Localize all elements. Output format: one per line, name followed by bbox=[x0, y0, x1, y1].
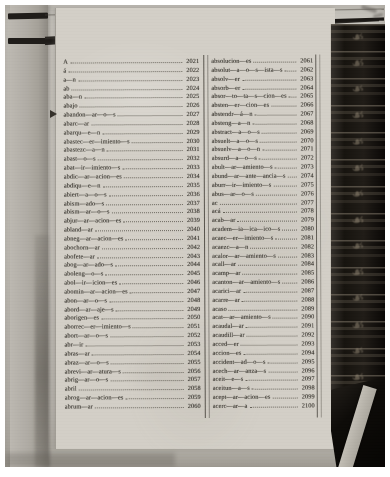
entry-number: 2031 bbox=[185, 146, 200, 153]
entry-word: abraz—ar—o—s bbox=[65, 359, 109, 366]
dot-leader bbox=[95, 230, 183, 231]
index-entry-row: ac 2077 bbox=[212, 199, 314, 208]
entry-word: absorb—er bbox=[211, 84, 240, 91]
dot-leader bbox=[102, 248, 183, 249]
entry-number: 2025 bbox=[184, 93, 199, 100]
dot-leader bbox=[102, 133, 182, 134]
dot-leader bbox=[242, 79, 296, 80]
entry-number: 2078 bbox=[299, 208, 314, 215]
dot-leader bbox=[115, 265, 183, 266]
entry-word: abund—ar—ante—ancia—s bbox=[212, 173, 286, 180]
index-column-left: A 2021 á 2022 a—n 2023 bbox=[63, 58, 201, 412]
entry-word: absuelv—a—o—n bbox=[212, 146, 261, 153]
entry-number: 2044 bbox=[185, 261, 200, 268]
dot-leader bbox=[262, 132, 297, 133]
dot-leader bbox=[243, 291, 297, 292]
entry-number: 2024 bbox=[184, 85, 199, 92]
entry-number: 2029 bbox=[185, 129, 200, 136]
clamp-bar-lower bbox=[8, 38, 62, 44]
post-shadow-smudge bbox=[35, 235, 49, 467]
entry-number: 2039 bbox=[185, 217, 200, 224]
index-entry-row: acaec—er—imiento—s 2081 bbox=[212, 234, 314, 243]
index-entry-row: absolut—a—o—s—ista—s 2062 bbox=[211, 66, 313, 75]
entry-number: 2067 bbox=[298, 111, 313, 118]
dot-leader bbox=[255, 115, 297, 116]
entry-number: 2068 bbox=[299, 119, 314, 126]
dot-leader bbox=[97, 257, 183, 258]
index-entry-row: acarre—ar 2088 bbox=[212, 296, 314, 305]
entry-word: aba—n bbox=[63, 94, 82, 101]
entry-number: 2065 bbox=[298, 93, 313, 100]
entry-word: aceit—e—s bbox=[213, 376, 244, 383]
entry-word: absten—er—cion—es bbox=[211, 102, 269, 109]
entry-word: ac bbox=[212, 199, 218, 206]
dot-leader bbox=[125, 398, 183, 399]
dot-leader bbox=[109, 195, 183, 196]
clamp-bar-top bbox=[8, 13, 48, 20]
entry-word: abrevi—ar—atura—s bbox=[65, 368, 121, 375]
index-entry-row: acaudal—ar 2091 bbox=[212, 323, 314, 332]
entry-number: 2023 bbox=[184, 76, 199, 83]
entry-number: 2047 bbox=[185, 288, 200, 295]
entry-number: 2041 bbox=[185, 235, 200, 242]
entry-word: abrog—ar—acion—es bbox=[65, 394, 124, 401]
entry-word: abochorn—ar bbox=[64, 244, 100, 251]
entry-word: abat—ir—imiento—s bbox=[64, 164, 121, 171]
index-entry-row: absolv—er 2063 bbox=[211, 75, 313, 84]
entry-number: 2088 bbox=[299, 296, 314, 303]
entry-word: abiert—a—o—s bbox=[64, 191, 107, 198]
index-entry-row: absteng—a—n 2068 bbox=[212, 119, 314, 128]
dot-leader bbox=[68, 71, 182, 72]
dot-leader bbox=[275, 238, 297, 239]
entry-word: absor—to—ta—s—cion—es bbox=[211, 93, 286, 100]
index-entry-row: acaudill—ar 2092 bbox=[212, 332, 314, 341]
dot-leader bbox=[132, 142, 183, 143]
entry-number: 2095 bbox=[300, 358, 315, 365]
entry-number: 2084 bbox=[299, 261, 314, 268]
entry-word: abofete—ar bbox=[64, 253, 95, 260]
entry-word: absuelt—a—o—s bbox=[212, 137, 258, 144]
entry-word: A bbox=[63, 59, 68, 66]
dot-leader bbox=[229, 309, 298, 310]
entry-number: 2091 bbox=[299, 323, 314, 330]
dot-leader bbox=[262, 150, 296, 151]
entry-word: acced—er bbox=[212, 341, 238, 348]
entry-number: 2050 bbox=[185, 314, 200, 321]
dot-leader bbox=[123, 221, 183, 222]
dot-leader bbox=[268, 371, 297, 372]
index-entry-row: aburr—ir—imiento—s 2075 bbox=[212, 181, 314, 190]
entry-number: 2037 bbox=[185, 199, 200, 206]
entry-word: abdic—ar—acion—es bbox=[64, 173, 122, 180]
entry-number: 2045 bbox=[185, 270, 200, 277]
entry-word: academ—ia—ica—ico—s bbox=[212, 226, 280, 233]
dot-leader bbox=[246, 327, 298, 328]
entry-word: acá bbox=[212, 208, 221, 215]
entry-number: 2027 bbox=[184, 111, 199, 118]
index-entry-row: absuelv—a—o—n 2071 bbox=[212, 146, 314, 155]
entry-word: abril bbox=[65, 386, 77, 393]
entry-word: absolucion—es bbox=[211, 58, 251, 65]
entry-word: acaudill—ar bbox=[212, 332, 244, 339]
entry-number: 2075 bbox=[299, 181, 314, 188]
entry-word: acarre—ar bbox=[212, 297, 239, 304]
index-entry-row: absor—to—ta—s—cion—es 2065 bbox=[211, 93, 313, 102]
index-entry-row: acab—ar 2079 bbox=[212, 217, 314, 226]
entry-word: abarc—ar bbox=[64, 120, 90, 127]
dot-leader bbox=[278, 256, 297, 257]
entry-word: acaec—er—imiento—s bbox=[212, 235, 273, 242]
dot-leader bbox=[95, 407, 184, 408]
dot-leader bbox=[78, 80, 182, 81]
index-entry-row: abstendr—á—n 2067 bbox=[211, 111, 313, 120]
index-entry-row: acech—ar—anza—s 2096 bbox=[213, 367, 315, 376]
index-entry-row: aceit—e—s 2097 bbox=[213, 376, 315, 385]
entry-number: 2049 bbox=[185, 306, 200, 313]
dot-leader bbox=[271, 106, 296, 107]
entry-number: 2035 bbox=[185, 182, 200, 189]
entry-number: 2094 bbox=[300, 349, 315, 356]
book-page-photograph: A 2021 á 2022 a—n 2023 bbox=[5, 5, 385, 467]
index-column-right: absolucion—es 2061 absolut—a—o—s—ista—s … bbox=[211, 57, 315, 411]
dot-leader bbox=[105, 274, 183, 275]
entry-word: acat—ar—amiento—s bbox=[212, 314, 270, 321]
entry-number: 2082 bbox=[299, 243, 314, 250]
dot-leader bbox=[107, 150, 183, 151]
entry-number: 2052 bbox=[185, 332, 200, 339]
entry-number: 2081 bbox=[299, 234, 314, 241]
entry-word: abstendr—á—n bbox=[211, 111, 252, 118]
entry-number: 2069 bbox=[299, 128, 314, 135]
entry-number: 2034 bbox=[185, 173, 200, 180]
entry-word: acerc—ar—a bbox=[213, 403, 248, 410]
dot-leader bbox=[259, 159, 297, 160]
index-entry-row: academ—ia—ica—ico—s 2080 bbox=[212, 226, 314, 235]
dot-leader bbox=[285, 70, 297, 71]
dot-leader bbox=[245, 380, 297, 381]
index-entry-row: acaezc—a—n 2082 bbox=[212, 243, 314, 252]
entry-word: abajo bbox=[63, 103, 77, 110]
entry-number: 2060 bbox=[186, 403, 201, 410]
entry-word: acaso bbox=[212, 305, 227, 312]
entry-word: acept—ar—acion—es bbox=[213, 394, 271, 401]
dot-leader bbox=[282, 283, 297, 284]
entry-number: 2038 bbox=[185, 208, 200, 215]
entry-number: 2077 bbox=[299, 199, 314, 206]
entry-word: acaudal—ar bbox=[212, 323, 243, 330]
index-entry-row: acced—er 2093 bbox=[212, 340, 314, 349]
index-entry-row: acamp—ar 2085 bbox=[212, 270, 314, 279]
entry-number: 2026 bbox=[184, 102, 199, 109]
entry-number: 2090 bbox=[299, 314, 314, 321]
entry-number: 2083 bbox=[299, 252, 314, 259]
index-entry-row: acat—ar—amiento—s 2090 bbox=[212, 314, 314, 323]
entry-number: 2056 bbox=[186, 368, 201, 375]
entry-number: 2071 bbox=[299, 146, 314, 153]
dot-leader bbox=[242, 88, 296, 89]
entry-number: 2079 bbox=[299, 217, 314, 224]
dot-leader bbox=[101, 319, 183, 320]
dot-leader bbox=[92, 354, 184, 355]
index-text-block: A 2021 á 2022 a—n 2023 bbox=[55, 7, 336, 449]
index-entry-row: accident—ad—o—s 2095 bbox=[213, 358, 315, 367]
dot-leader bbox=[133, 327, 184, 328]
dot-leader bbox=[103, 186, 183, 187]
entry-number: 2046 bbox=[185, 279, 200, 286]
entry-word: abog—ar—ado—s bbox=[64, 262, 113, 269]
entry-number: 2096 bbox=[300, 367, 315, 374]
entry-word: acamp—ar bbox=[212, 270, 240, 277]
dot-leader bbox=[252, 389, 298, 390]
dot-leader bbox=[289, 97, 297, 98]
entry-number: 2051 bbox=[185, 323, 200, 330]
entry-number: 2061 bbox=[298, 57, 313, 64]
entry-number: 2030 bbox=[185, 138, 200, 145]
index-entry-row: abrum—ar 2060 bbox=[65, 403, 201, 412]
dot-leader bbox=[243, 274, 298, 275]
entry-number: 2098 bbox=[300, 385, 315, 392]
entry-number: 2063 bbox=[298, 75, 313, 82]
dot-leader bbox=[273, 318, 298, 319]
entry-number: 2036 bbox=[185, 191, 200, 198]
index-entry-row: acaso 2089 bbox=[212, 305, 314, 314]
dot-leader bbox=[79, 389, 184, 390]
dot-leader bbox=[111, 363, 184, 364]
right-margin-rule bbox=[315, 54, 322, 417]
entry-number: 2086 bbox=[299, 279, 314, 286]
entry-number: 2080 bbox=[299, 226, 314, 233]
entry-number: 2089 bbox=[299, 305, 314, 312]
entry-word: abr—ir bbox=[64, 341, 83, 348]
dot-leader bbox=[109, 301, 183, 302]
entry-word: absolut—a—o—s—ista—s bbox=[211, 66, 282, 73]
entry-number: 2073 bbox=[299, 164, 314, 171]
index-entry-row: acalor—ar—amiento—s 2083 bbox=[212, 252, 314, 261]
entry-word: ab bbox=[63, 85, 69, 92]
entry-word: abarqu—e—n bbox=[64, 129, 101, 136]
dot-leader bbox=[273, 185, 296, 186]
dot-leader bbox=[72, 89, 183, 90]
entry-word: abol—ir—icion—es bbox=[64, 279, 117, 286]
entry-word: abjur—ar—acion—es bbox=[64, 218, 121, 225]
entry-word: acaezc—a—n bbox=[212, 243, 248, 250]
entry-number: 2099 bbox=[300, 394, 315, 401]
entry-word: a—n bbox=[63, 76, 76, 83]
entry-word: abism—ar—o—s bbox=[64, 209, 110, 216]
dot-leader bbox=[119, 283, 183, 284]
entry-word: aborigen—es bbox=[64, 315, 99, 322]
entry-number: 2043 bbox=[185, 253, 200, 260]
index-entry-row: acall—ar 2084 bbox=[212, 261, 314, 270]
margin-mark bbox=[50, 110, 57, 118]
corner-smudge bbox=[373, 13, 383, 18]
entry-word: accion—es bbox=[213, 350, 242, 357]
index-entry-row: absten—er—cion—es 2066 bbox=[211, 102, 313, 111]
entry-word: abdiqu—e—n bbox=[64, 182, 101, 189]
entry-number: 2054 bbox=[186, 350, 201, 357]
dot-leader bbox=[70, 62, 182, 63]
index-entry-row: abstract—a—o—s 2069 bbox=[212, 128, 314, 137]
entry-word: abort—ar—o—s bbox=[64, 333, 108, 340]
entry-word: acanton—ar—amiento—s bbox=[212, 279, 280, 286]
entry-number: 2055 bbox=[186, 359, 201, 366]
dot-leader bbox=[250, 247, 297, 248]
entry-word: abneg—ar—acion—es bbox=[64, 235, 123, 242]
entry-word: absolv—er bbox=[211, 75, 240, 82]
dot-leader bbox=[124, 177, 183, 178]
dot-leader bbox=[260, 141, 297, 142]
dot-leader bbox=[256, 194, 297, 195]
dot-leader bbox=[80, 106, 183, 107]
entry-number: 2093 bbox=[299, 340, 314, 347]
entry-word: acarici—ar bbox=[212, 288, 241, 295]
index-entry-row: absuelt—a—o—s 2070 bbox=[212, 137, 314, 146]
dot-leader bbox=[249, 406, 297, 407]
entry-word: á bbox=[63, 67, 66, 74]
entry-word: abandon—ar—o—s bbox=[63, 111, 115, 118]
dot-leader bbox=[123, 372, 184, 373]
entry-word: abland—ar bbox=[64, 226, 93, 233]
entry-word: acalor—ar—amiento—s bbox=[212, 252, 276, 259]
entry-word: accident—ad—o—s bbox=[213, 358, 266, 365]
entry-word: abast—o—s bbox=[64, 156, 96, 163]
entry-number: 2028 bbox=[185, 120, 200, 127]
dot-leader bbox=[237, 221, 297, 222]
dot-leader bbox=[272, 398, 297, 399]
entry-number: 2057 bbox=[186, 376, 201, 383]
dot-leader bbox=[106, 204, 183, 205]
entry-number: 2092 bbox=[299, 332, 314, 339]
entry-number: 2076 bbox=[299, 190, 314, 197]
index-entry-row: aceitun—a—s 2098 bbox=[213, 385, 315, 394]
corner-smudge bbox=[361, 5, 377, 13]
entry-number: 2087 bbox=[299, 287, 314, 294]
entry-word: abult—ar—amiento—s bbox=[212, 164, 273, 171]
entry-word: abastezc—a—n bbox=[64, 147, 105, 154]
index-entry-row: absolucion—es 2061 bbox=[211, 57, 313, 66]
entry-number: 2100 bbox=[300, 402, 315, 409]
dot-leader bbox=[288, 177, 297, 178]
dot-leader bbox=[112, 212, 183, 213]
dot-leader bbox=[98, 159, 183, 160]
entry-word: abrig—ar—o—s bbox=[65, 377, 109, 384]
ornament-cells: ❧ ☙ ❧ ☙ ❧ ☙ ❧ ☙ ❧ ☙ ❧ ☙ bbox=[331, 24, 385, 390]
entry-word: abord—ar—aje—s bbox=[64, 306, 113, 313]
entry-number: 2064 bbox=[298, 84, 313, 91]
entry-word: aborrec—er—imiento—s bbox=[64, 324, 130, 331]
printers-ornament-strip: ❧ ☙ ❧ ☙ ❧ ☙ ❧ ☙ ❧ ☙ ❧ ☙ bbox=[331, 24, 385, 390]
index-entry-row: abult—ar—amiento—s 2073 bbox=[212, 164, 314, 173]
entry-number: 2062 bbox=[298, 66, 313, 73]
entry-word: acech—ar—anza—s bbox=[213, 367, 267, 374]
dot-leader bbox=[122, 168, 182, 169]
index-entry-row: acept—ar—acion—es 2099 bbox=[213, 394, 315, 403]
dot-leader bbox=[125, 239, 183, 240]
index-entry-row: abund—ar—ante—ancia—s 2074 bbox=[212, 172, 314, 181]
dot-leader bbox=[242, 300, 298, 301]
entry-word: aboleng—o—s bbox=[64, 271, 103, 278]
index-entry-row: acanton—ar—amiento—s 2086 bbox=[212, 279, 314, 288]
index-entry-row: absorb—er 2064 bbox=[211, 84, 313, 93]
index-entry-row: acarici—ar 2087 bbox=[212, 287, 314, 296]
entry-word: abism—ado—s bbox=[64, 200, 104, 207]
entry-number: 2040 bbox=[185, 226, 200, 233]
entry-word: abstract—a—o—s bbox=[212, 128, 260, 135]
entry-number: 2072 bbox=[299, 155, 314, 162]
entry-word: aceitun—a—s bbox=[213, 385, 250, 392]
index-entry-row: acá 2078 bbox=[212, 208, 314, 217]
column-divider-rule bbox=[203, 55, 210, 418]
entry-word: abastec—er—imiento—s bbox=[64, 138, 130, 145]
dot-leader bbox=[223, 212, 297, 213]
entry-number: 2074 bbox=[299, 172, 314, 179]
dot-leader bbox=[268, 362, 298, 363]
entry-word: abon—ar—o—s bbox=[64, 297, 107, 304]
entry-word: abras—ar bbox=[65, 350, 90, 357]
dot-leader bbox=[85, 345, 183, 346]
entry-word: acab—ar bbox=[212, 217, 235, 224]
dot-leader bbox=[91, 124, 182, 125]
dot-leader bbox=[275, 168, 297, 169]
index-entry-row: acerc—ar—a 2100 bbox=[213, 402, 315, 411]
bottom-shadow-smear bbox=[5, 453, 175, 467]
dot-leader bbox=[220, 203, 297, 204]
index-entry-row: absurd—a—o—s 2072 bbox=[212, 155, 314, 164]
dot-leader bbox=[118, 115, 183, 116]
dot-leader bbox=[130, 292, 184, 293]
entry-number: 2058 bbox=[186, 385, 201, 392]
entry-word: abus—ar—o—s bbox=[212, 190, 254, 197]
dot-leader bbox=[252, 123, 296, 124]
entry-number: 2021 bbox=[184, 58, 199, 65]
dot-leader bbox=[116, 310, 184, 311]
entry-word: aburr—ir—imiento—s bbox=[212, 181, 272, 188]
dot-leader bbox=[241, 345, 298, 346]
dot-leader bbox=[84, 97, 182, 98]
entry-number: 2070 bbox=[299, 137, 314, 144]
entry-number: 2042 bbox=[185, 244, 200, 251]
entry-number: 2085 bbox=[299, 270, 314, 277]
entry-word: abomin—ar—acion—es bbox=[64, 288, 127, 295]
entry-number: 2022 bbox=[184, 67, 199, 74]
dot-leader bbox=[238, 265, 297, 266]
dot-leader bbox=[247, 336, 298, 337]
index-page: A 2021 á 2022 a—n 2023 bbox=[55, 8, 335, 449]
dot-leader bbox=[110, 336, 183, 337]
entry-number: 2032 bbox=[185, 155, 200, 162]
entry-word: abrum—ar bbox=[65, 403, 93, 410]
entry-number: 2097 bbox=[300, 376, 315, 383]
index-entry-row: abus—ar—o—s 2076 bbox=[212, 190, 314, 199]
dot-leader bbox=[110, 380, 183, 381]
entry-word: absurd—a—o—s bbox=[212, 155, 257, 162]
entry-word: absteng—a—n bbox=[212, 120, 251, 127]
entry-number: 2053 bbox=[185, 341, 200, 348]
entry-number: 2048 bbox=[185, 297, 200, 304]
dot-leader bbox=[243, 353, 297, 354]
dot-leader bbox=[282, 230, 297, 231]
entry-number: 2059 bbox=[186, 394, 201, 401]
entry-number: 2066 bbox=[298, 102, 313, 109]
index-entry-row: accion—es 2094 bbox=[213, 349, 315, 358]
dot-leader bbox=[253, 62, 296, 63]
entry-word: acall—ar bbox=[212, 261, 236, 268]
entry-number: 2033 bbox=[185, 164, 200, 171]
